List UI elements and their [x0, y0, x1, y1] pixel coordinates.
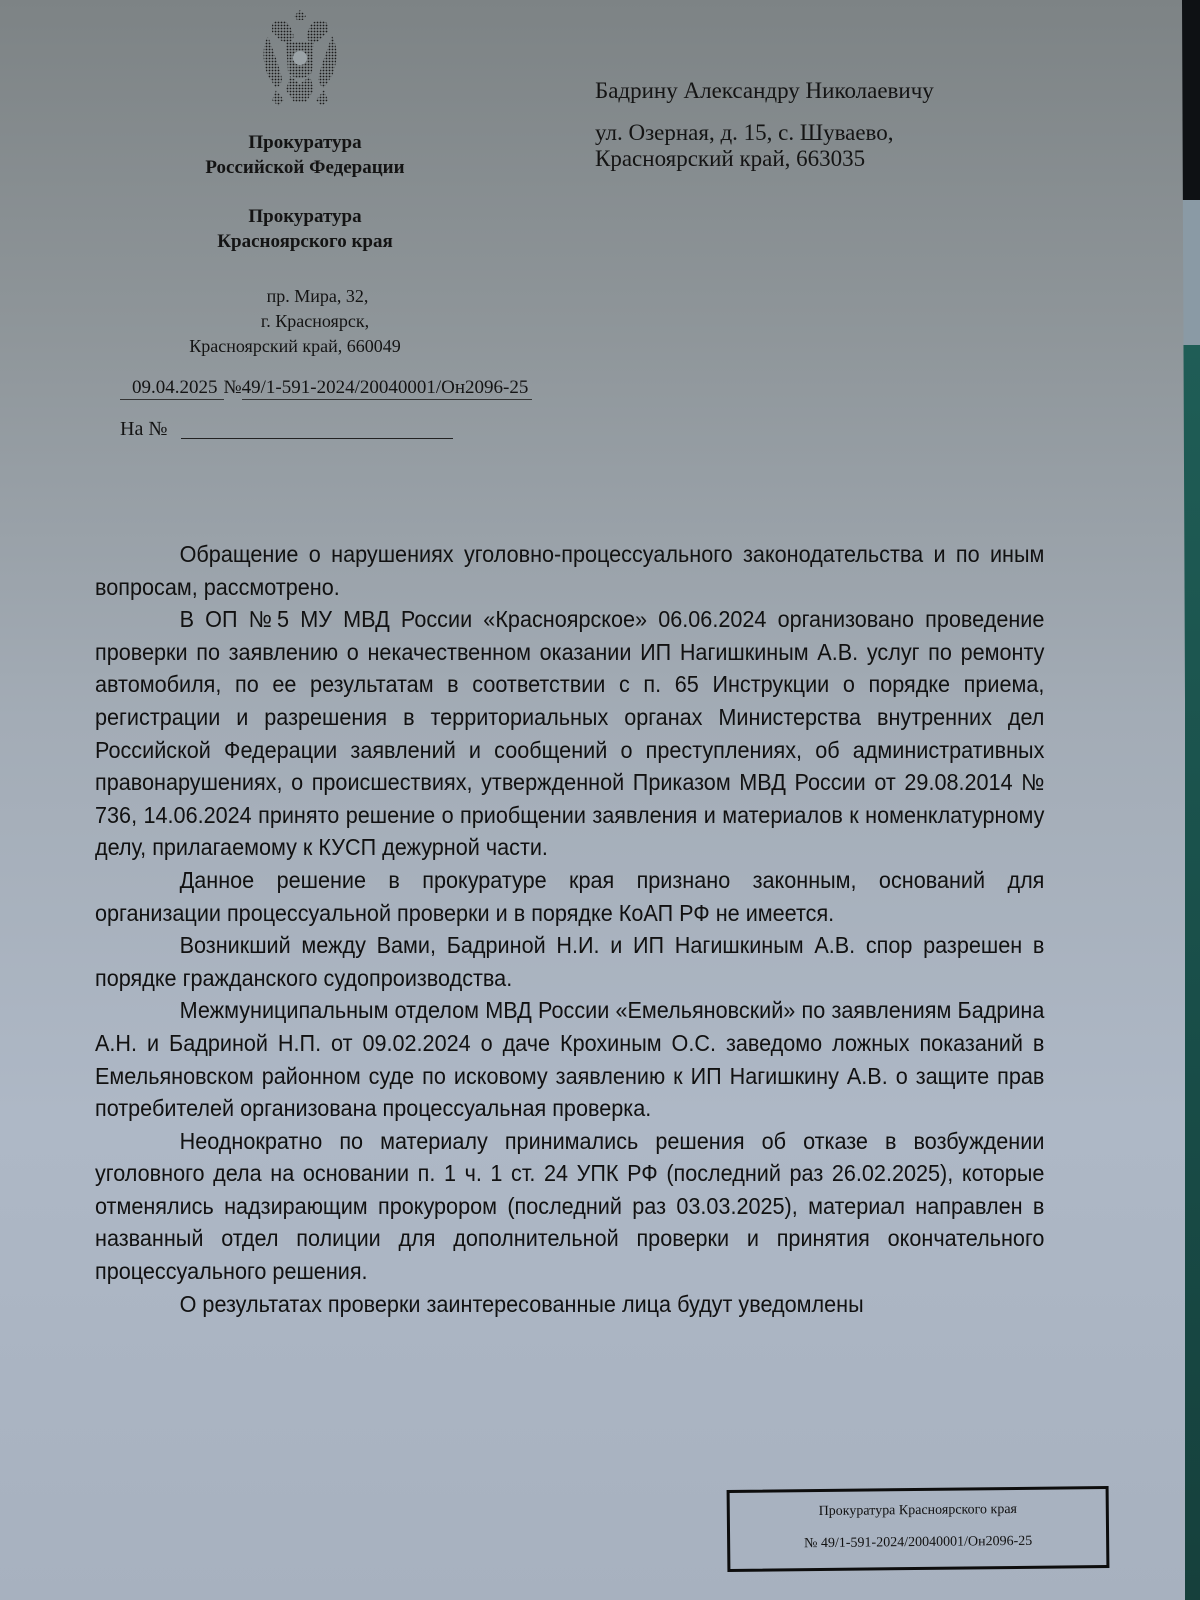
number-sign: № [224, 377, 242, 398]
letter-body: Обращение о нарушениях уголовно-процессу… [95, 538, 1044, 1320]
body-paragraph: Данное решение в прокуратуре края призна… [95, 864, 1044, 929]
body-paragraph: Возникший между Вами, Бадриной Н.И. и ИП… [95, 929, 1044, 994]
body-paragraph: В ОП №5 МУ МВД России «Красноярское» 06.… [95, 603, 1044, 864]
sender-organization: Прокуратура Российской Федерации Прокура… [140, 130, 470, 254]
sender-address-line: Красноярский край, 660049 [150, 334, 440, 359]
sender-suborg-line: Прокуратура [140, 204, 470, 229]
body-paragraph: Неоднократно по материалу принимались ре… [95, 1125, 1044, 1288]
stamp-number: № 49/1-591-2024/20040001/Он2096-25 [730, 1525, 1106, 1561]
reply-to-blank-line [181, 438, 453, 439]
sender-org-line: Прокуратура [140, 130, 470, 155]
recipient-block: Бадрину Александру Николаевичу ул. Озерн… [595, 78, 934, 172]
reply-to-reference: На № [120, 418, 453, 441]
body-paragraph: Межмуниципальным отделом МВД России «Еме… [95, 994, 1044, 1124]
russian-double-headed-eagle-icon [250, 6, 350, 110]
outgoing-reference: 09.04.2025№49/1-591-2024/20040001/Он2096… [120, 377, 532, 400]
sender-address-line: пр. Мира, 32, [150, 284, 440, 309]
outgoing-number: 49/1-591-2024/20040001/Он2096-25 [242, 377, 533, 400]
sender-suborg-line: Красноярского края [140, 229, 470, 254]
body-paragraph: Обращение о нарушениях уголовно-процессу… [95, 538, 1044, 603]
letter-page: Прокуратура Российской Федерации Прокура… [0, 0, 1185, 1600]
stamp-org: Прокуратура Красноярского края [730, 1493, 1106, 1529]
body-paragraph: О результатах проверки заинтересованные … [95, 1288, 1044, 1321]
registration-stamp: Прокуратура Красноярского края № 49/1-59… [727, 1486, 1110, 1572]
recipient-address-line: ул. Озерная, д. 15, с. Шуваево, [595, 120, 934, 146]
outgoing-date: 09.04.2025 [120, 377, 224, 400]
sender-address: пр. Мира, 32, г. Красноярск, Красноярски… [150, 284, 440, 359]
reply-to-label: На № [120, 418, 167, 440]
recipient-name: Бадрину Александру Николаевичу [595, 78, 934, 104]
sender-org-line: Российской Федерации [140, 155, 470, 180]
recipient-address-line: Красноярский край, 663035 [595, 146, 934, 172]
sender-address-line: г. Красноярск, [150, 309, 440, 334]
